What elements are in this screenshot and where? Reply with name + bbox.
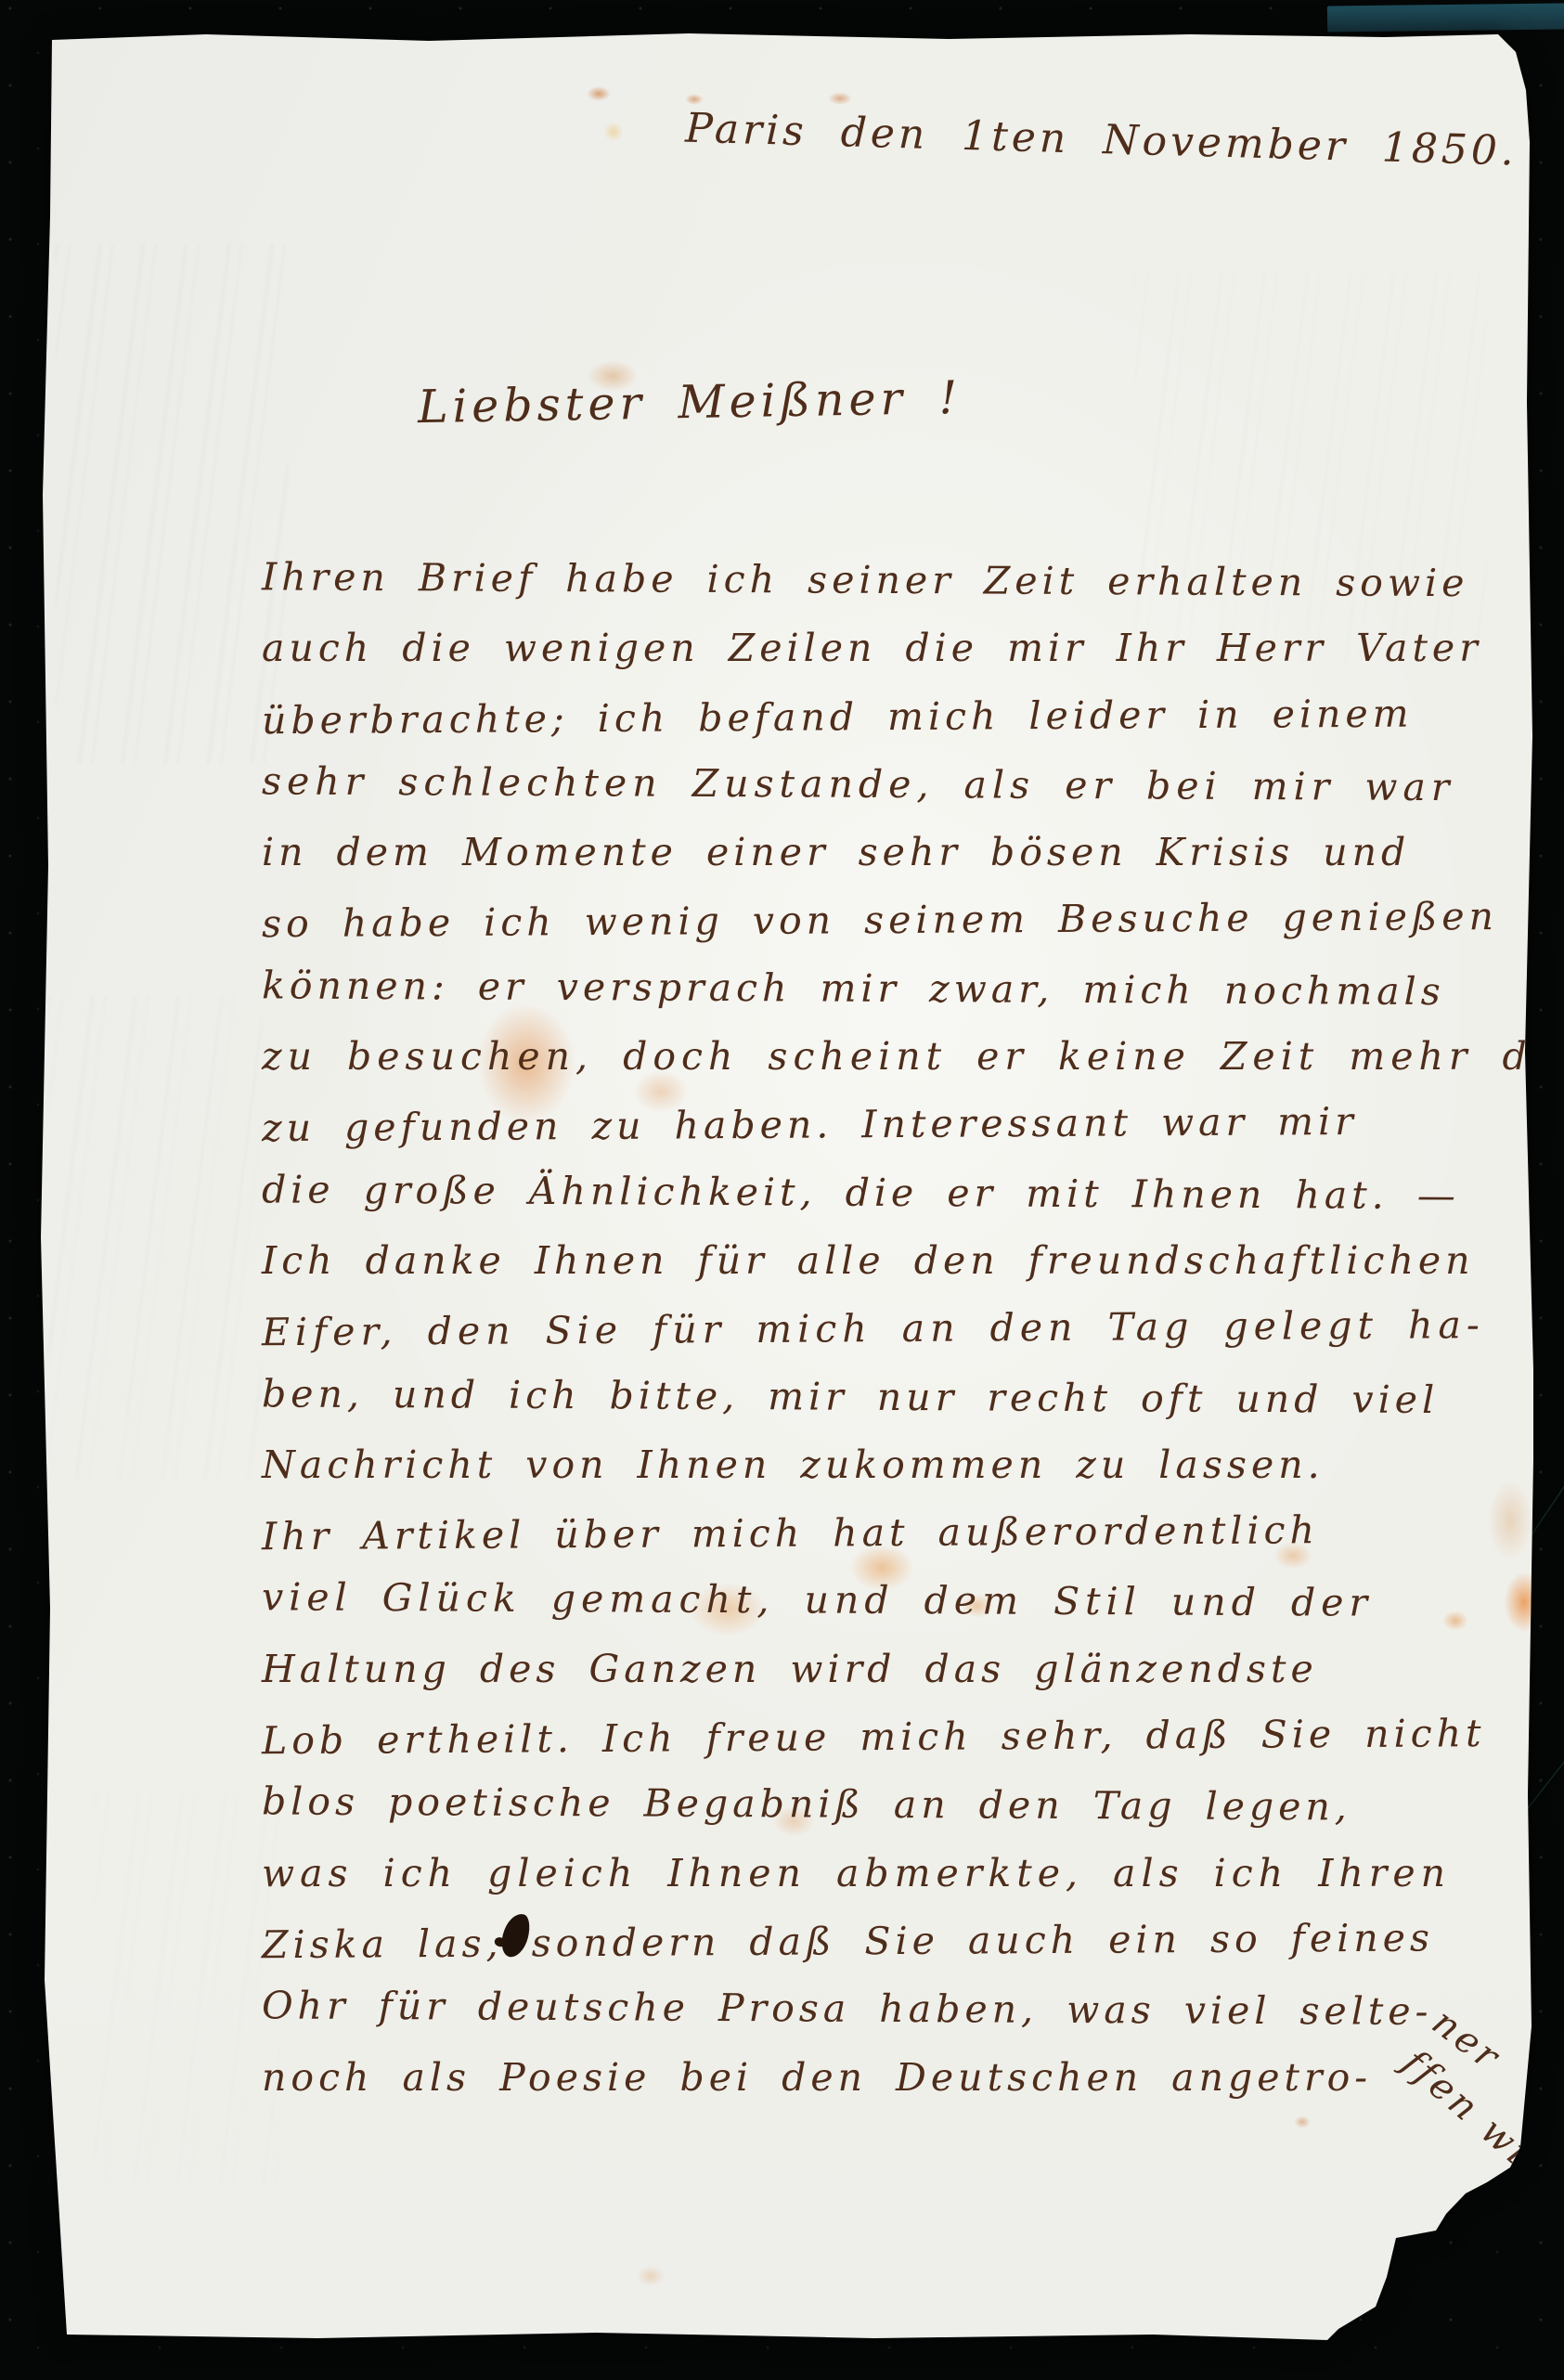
letter-dateline: Paris den 1ten November 1850. (677, 104, 1518, 175)
letter-line: blos poetische Begabniß an den Tag legen… (262, 1768, 1538, 1843)
letter-line: Ihren Brief habe ich seiner Zeit erhalte… (262, 543, 1538, 617)
foxing-stain (828, 92, 852, 105)
letter-line: die große Ähnlichkeit, die er mit Ihnen … (262, 1156, 1538, 1230)
foxing-stain (685, 94, 704, 105)
letter-line: so habe ich wenig von seinem Besuche gen… (262, 883, 1538, 959)
letter-line: viel Glück gemacht, und dem Stil und der (262, 1564, 1538, 1638)
letter-line: Ziska las, sondern daß Sie auch ein so f… (262, 1904, 1538, 1980)
letter-line: können: er versprach mir zwar, mich noch… (262, 951, 1538, 1026)
letter-salutation: Liebster Meißner ! (418, 371, 963, 433)
letter-line: zu gefunden zu haben. Interessant war mi… (262, 1087, 1538, 1163)
letter-line: Eifer, den Sie für mich an den Tag geleg… (262, 1291, 1538, 1367)
letter-line: Ohr für deutsche Prosa haben, was viel s… (262, 1973, 1538, 2047)
letter-line: Nachricht von Ihnen zukommen zu lassen. (262, 1431, 1538, 1499)
verso-bleed-through (95, 1794, 280, 2184)
letter-line: sehr schlechten Zustande, als er bei mir… (262, 747, 1538, 821)
letter-line: Haltung des Ganzen wird das glänzendste (262, 1636, 1538, 1703)
letter-page: Paris den 1ten November 1850. Liebster M… (39, 31, 1533, 2342)
verso-bleed-through (48, 996, 262, 1479)
letter-line: Ihr Artikel über mich hat außerordentlic… (262, 1495, 1538, 1572)
letter-line: was ich gleich Ihnen abmerkte, als ich I… (262, 1840, 1538, 1908)
verso-bleed-through (56, 244, 288, 764)
letter-line: überbrachte; ich befand mich leider in e… (262, 679, 1538, 755)
scan-background: Paris den 1ten November 1850. Liebster M… (0, 0, 1564, 2380)
foxing-stain (1294, 2115, 1311, 2128)
foxing-stain (603, 122, 624, 142)
letter-body: Ihren Brief habe ich seiner Zeit erhalte… (262, 547, 1538, 2112)
foxing-stain (637, 2266, 665, 2286)
letter-line: in dem Momente einer sehr bösen Krisis u… (262, 819, 1538, 886)
foxing-stain (587, 86, 611, 101)
paper-shadow-wrap: Paris den 1ten November 1850. Liebster M… (0, 0, 1564, 2380)
letter-line: noch als Poesie bei den Deutschen angetr… (262, 2044, 1538, 2112)
letter-line: auch die wenigen Zeilen die mir Ihr Herr… (262, 614, 1538, 682)
letter-line: Lob ertheilt. Ich freue mich sehr, daß S… (262, 1700, 1538, 1776)
letter-line: zu besuchen, doch scheint er keine Zeit … (262, 1023, 1538, 1091)
letter-line: Ich danke Ihnen für alle den freundschaf… (262, 1227, 1538, 1295)
letter-line: ben, und ich bitte, mir nur recht oft un… (262, 1360, 1538, 1434)
